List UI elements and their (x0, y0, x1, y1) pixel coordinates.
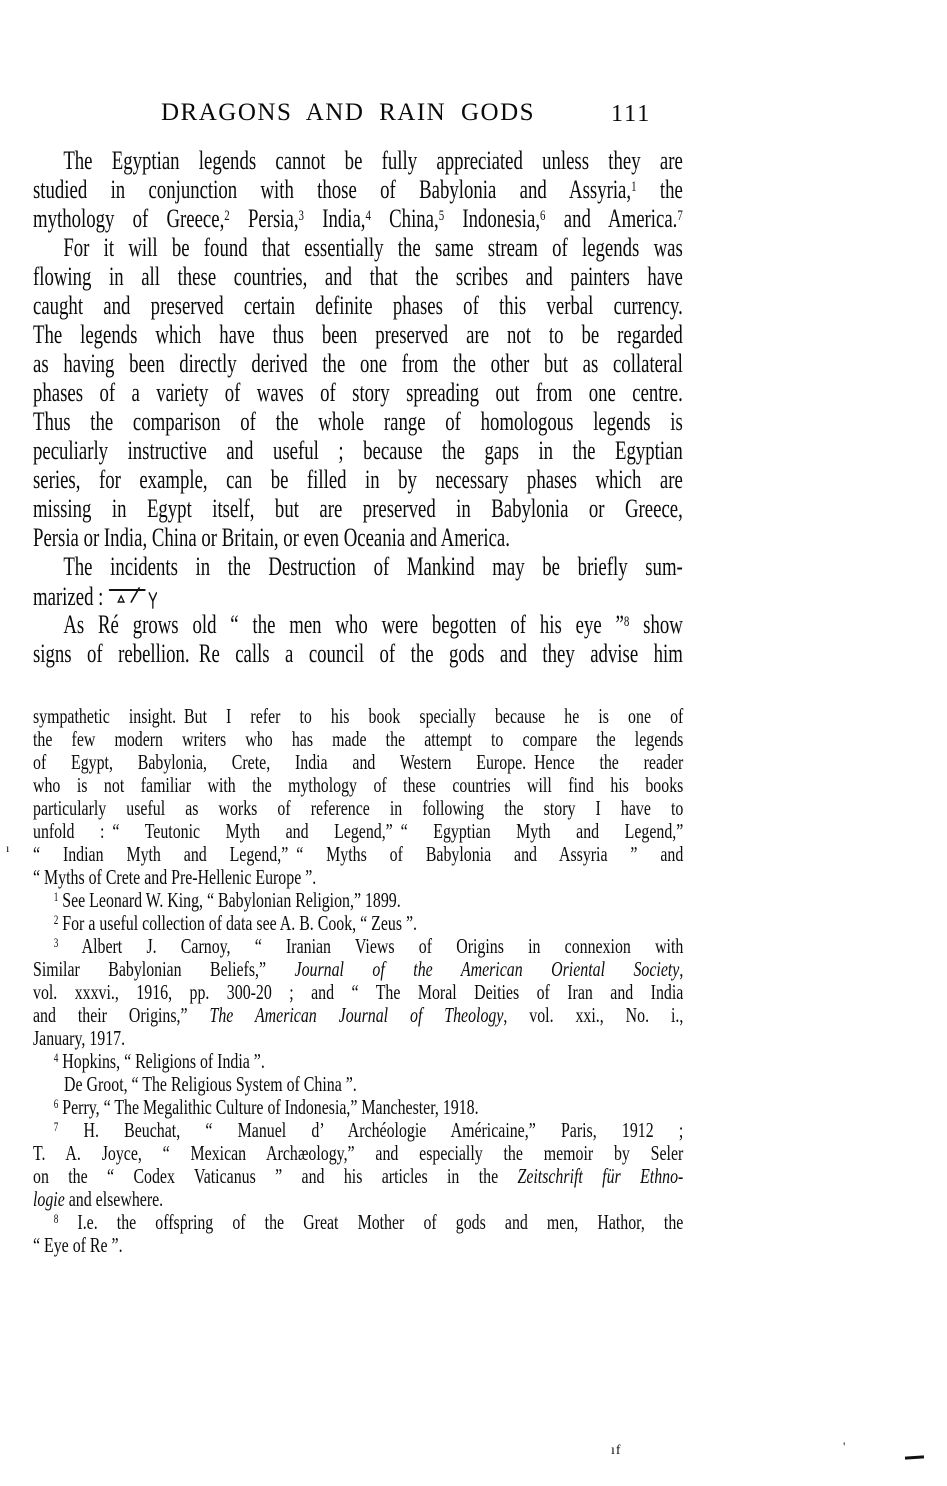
text-segment: particularly useful as works of referenc… (33, 796, 683, 820)
footnote-ref: 3 (299, 208, 304, 224)
text-segment: the (637, 175, 683, 204)
text-line: Thus the comparison of the whole range o… (33, 407, 683, 436)
footnote-ref: 3 (54, 936, 59, 950)
text-segment: series, for example, can be filled in by… (33, 465, 683, 494)
footnote-ref: 5 (439, 208, 444, 224)
text-line: 3 Albert J. Carnoy, “ Iranian Views of O… (33, 935, 683, 958)
text-segment: peculiarly instructive and useful ; beca… (33, 436, 683, 465)
text-segment: Albert J. Carnoy, “ Iranian Views of Ori… (58, 934, 683, 958)
text-line: sympathetic insight. But I refer to his … (33, 705, 683, 728)
footnote-ref: 4 (54, 1051, 59, 1065)
text-line: For it will be found that essentially th… (33, 233, 683, 262)
text-line: 1 See Leonard W. King, “ Babylonian Reli… (33, 889, 683, 912)
text-line: T. A. Joyce, “ Mexican Archæology,” and … (33, 1142, 683, 1165)
text-segment: and America. (546, 204, 678, 233)
text-line: flowing in all these countries, and that… (33, 262, 683, 291)
text-line: De Groot, “ The Religious System of Chin… (33, 1073, 683, 1096)
text-line: The incidents in the Destruction of Mank… (33, 552, 683, 581)
scan-speck (905, 1455, 924, 1459)
text-segment: Persia, (230, 204, 299, 233)
text-segment: “ Indian Myth and Legend,” “ Myths of Ba… (33, 842, 683, 866)
text-segment: , (679, 957, 683, 981)
footnote-ref: 7 (54, 1120, 59, 1134)
text-line: caught and preserved certain definite ph… (33, 291, 683, 320)
footnote-ref: 4 (365, 208, 370, 224)
scan-speck: ıf (611, 1444, 622, 1458)
text-segment: mythology of Greece, (33, 204, 224, 233)
text-line: “ Eye of Re ”. (33, 1234, 683, 1257)
text-segment: “ Myths of Crete and Pre-Hellenic Europe… (33, 865, 316, 889)
text-line: Similar Babylonian Beliefs,” Journal of … (33, 958, 683, 981)
text-segment: studied in conjunction with those of Bab… (33, 175, 631, 204)
text-segment: who is not familiar with the mythology o… (33, 773, 683, 797)
text-segment: For a useful collection of data see A. B… (58, 911, 417, 935)
text-segment: as having been directly derived the one … (33, 349, 683, 378)
text-segment: The Egyptian legends cannot be fully app… (63, 146, 682, 175)
footnotes: sympathetic insight. But I refer to his … (33, 705, 683, 1257)
scan-speck: ı (6, 842, 9, 854)
footnote-ref: 8 (54, 1212, 59, 1226)
page-title: DRAGONS AND RAIN GODS (161, 99, 535, 127)
footnote-ref: 7 (677, 208, 682, 224)
footnote-ref: 6 (54, 1097, 59, 1111)
text-segment: and their Origins,” (33, 1003, 210, 1027)
text-segment: caught and preserved certain definite ph… (33, 291, 683, 320)
text-column: DRAGONS AND RAIN GODS 111 The Egyptian l… (33, 0, 693, 1486)
text-segment: De Groot, “ The Religious System of Chin… (64, 1072, 357, 1096)
body-text: The Egyptian legends cannot be fully app… (33, 146, 683, 668)
text-segment: For it will be found that essentially th… (63, 233, 682, 262)
footnote-ref: 2 (224, 208, 229, 224)
text-line: January, 1917. (33, 1027, 683, 1050)
text-segment: of Egypt, Babylonia, Crete, India and We… (33, 750, 683, 774)
text-line: and their Origins,” The American Journal… (33, 1004, 683, 1027)
text-segment: The American Journal of Theology (210, 1003, 504, 1027)
page-number: 111 (611, 101, 651, 128)
text-line: The Egyptian legends cannot be fully app… (33, 146, 683, 175)
text-segment: “ Eye of Re ”. (33, 1233, 123, 1257)
text-line: Persia or India, China or Britain, or ev… (33, 523, 683, 552)
text-line: 7 H. Beuchat, “ Manuel d’ Archéologie Am… (33, 1119, 683, 1142)
text-line: series, for example, can be filled in by… (33, 465, 683, 494)
text-line: of Egypt, Babylonia, Crete, India and We… (33, 751, 683, 774)
text-line: signs of rebellion. Re calls a council o… (33, 639, 683, 668)
text-line: “ Indian Myth and Legend,” “ Myths of Ba… (33, 843, 683, 866)
text-line: phases of a variety of waves of story sp… (33, 378, 683, 407)
text-segment: Perry, “ The Megalithic Culture of Indon… (58, 1095, 478, 1119)
text-segment: sympathetic insight. But I refer to his … (33, 704, 683, 728)
footnote-ref: 6 (540, 208, 545, 224)
text-line: particularly useful as works of referenc… (33, 797, 683, 820)
text-segment: See Leonard W. King, “ Babylonian Religi… (58, 888, 400, 912)
text-line: peculiarly instructive and useful ; beca… (33, 436, 683, 465)
text-line: studied in conjunction with those of Bab… (33, 175, 683, 204)
text-segment: flowing in all these countries, and that… (33, 262, 683, 291)
text-segment: marized : (33, 582, 103, 611)
text-segment: show (629, 610, 682, 639)
text-segment: phases of a variety of waves of story sp… (33, 378, 683, 407)
text-line: 4 Hopkins, “ Religions of India ”. (33, 1050, 683, 1073)
footnote-ref: 2 (54, 913, 59, 927)
text-segment: , vol. xxi., No. i., (503, 1003, 683, 1027)
text-segment: I.e. the offspring of the Great Mother o… (58, 1210, 683, 1234)
text-segment: missing in Egypt itself, but are preserv… (33, 494, 683, 523)
footnote-ref: 1 (631, 179, 636, 195)
text-segment: January, 1917. (33, 1026, 125, 1050)
text-segment: H. Beuchat, “ Manuel d’ Archéologie Amér… (58, 1118, 683, 1142)
scan-speck: ' (843, 1440, 845, 1453)
text-segment: As Ré grows old “ the men who were begot… (63, 610, 624, 639)
text-line: unfold : “ Teutonic Myth and Legend,” “ … (33, 820, 683, 843)
text-segment: vol. xxxvi., 1916, pp. 300-20 ; and “ Th… (33, 980, 683, 1004)
page: DRAGONS AND RAIN GODS 111 The Egyptian l… (0, 0, 947, 1486)
text-line: missing in Egypt itself, but are preserv… (33, 494, 683, 523)
text-segment: The legends which have thus been preserv… (33, 320, 683, 349)
text-segment: Thus the comparison of the whole range o… (33, 407, 683, 436)
text-line: 8 I.e. the offspring of the Great Mother… (33, 1211, 683, 1234)
text-segment: signs of rebellion. Re calls a council o… (33, 639, 683, 668)
footnote-ref: 1 (54, 890, 59, 904)
text-segment: China, (371, 204, 439, 233)
text-line: 2 For a useful collection of data see A.… (33, 912, 683, 935)
text-segment: The incidents in the Destruction of Mank… (63, 552, 682, 581)
text-segment: Indonesia, (444, 204, 540, 233)
text-segment: Persia or India, China or Britain, or ev… (33, 523, 510, 552)
text-line: “ Myths of Crete and Pre-Hellenic Europe… (33, 866, 683, 889)
footnote-ref: 8 (624, 614, 629, 630)
text-segment: Journal of the American Oriental Society (295, 957, 680, 981)
text-line: As Ré grows old “ the men who were begot… (33, 610, 683, 639)
text-line: vol. xxxvi., 1916, pp. 300-20 ; and “ Th… (33, 981, 683, 1004)
text-line: who is not familiar with the mythology o… (33, 774, 683, 797)
text-line: 6 Perry, “ The Megalithic Culture of Ind… (33, 1096, 683, 1119)
text-line: mythology of Greece,2 Persia,3 India,4 C… (33, 204, 683, 233)
text-segment: unfold : “ Teutonic Myth and Legend,” “ … (33, 819, 683, 843)
text-segment: on the “ Codex Vaticanus ” and his artic… (33, 1164, 517, 1188)
text-line: as having been directly derived the one … (33, 349, 683, 378)
text-line: The legends which have thus been preserv… (33, 320, 683, 349)
text-segment: the few modern writers who has made the … (33, 727, 683, 751)
text-segment: Hopkins, “ Religions of India ”. (58, 1049, 265, 1073)
text-line: logie and elsewhere. (33, 1188, 683, 1211)
text-line: the few modern writers who has made the … (33, 728, 683, 751)
text-segment: Zeitschrift für Ethno- (517, 1164, 683, 1188)
text-line: marized : (33, 581, 683, 610)
text-segment: India, (304, 204, 365, 233)
text-line: on the “ Codex Vaticanus ” and his artic… (33, 1165, 683, 1188)
text-segment: Similar Babylonian Beliefs,” (33, 957, 295, 981)
text-segment: and elsewhere. (65, 1187, 163, 1211)
text-segment: T. A. Joyce, “ Mexican Archæology,” and … (33, 1141, 683, 1165)
text-segment: logie (33, 1187, 65, 1211)
